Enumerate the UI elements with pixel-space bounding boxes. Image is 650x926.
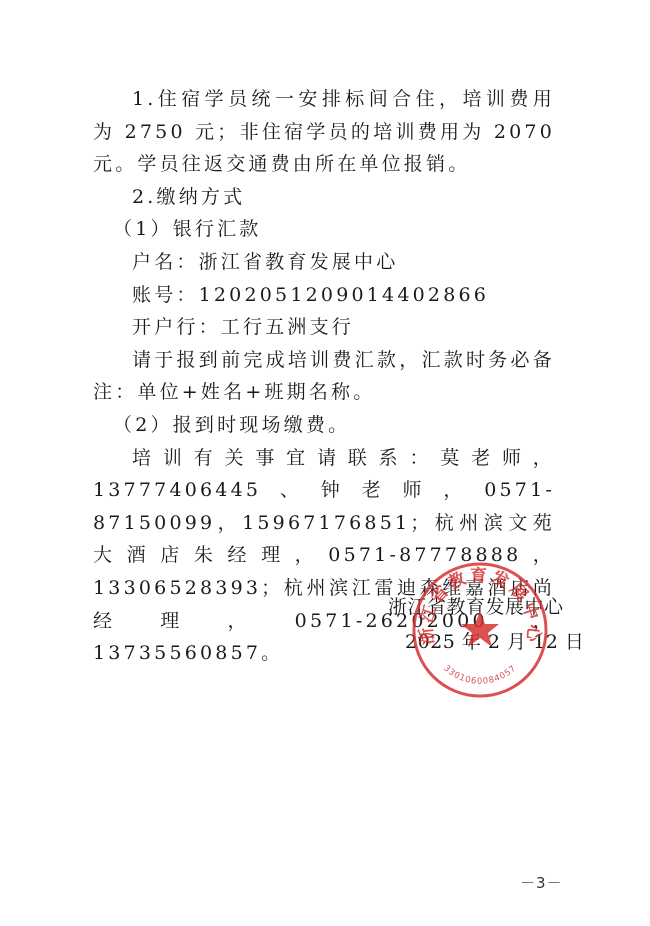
- official-seal-icon: 浙江省教育发展中心 3301060084057: [411, 561, 549, 699]
- paragraph-fee: 1.住宿学员统一安排标间合住，培训费用为 2750 元；非住宿学员的培训费用为 …: [93, 83, 555, 181]
- seal-code: 3301060084057: [441, 664, 518, 687]
- paragraph-account-name: 户名：浙江省教育发展中心: [93, 246, 555, 279]
- paragraph-payment-heading: 2.缴纳方式: [93, 181, 555, 214]
- paragraph-remittance-note: 请于报到前完成培训费汇款，汇款时务必备注：单位+姓名+班期名称。: [93, 344, 555, 409]
- svg-text:3301060084057: 3301060084057: [441, 664, 518, 687]
- paragraph-onsite-payment: （2）报到时现场缴费。: [93, 409, 555, 442]
- paragraph-bank-transfer-heading: （1）银行汇款: [93, 213, 555, 246]
- paragraph-bank-branch: 开户行：工行五洲支行: [93, 311, 555, 344]
- document-page: 1.住宿学员统一安排标间合住，培训费用为 2750 元；非住宿学员的培训费用为 …: [0, 0, 650, 926]
- page-number: －3－: [520, 872, 563, 893]
- paragraph-account-number: 账号：1202051209014402866: [93, 279, 555, 312]
